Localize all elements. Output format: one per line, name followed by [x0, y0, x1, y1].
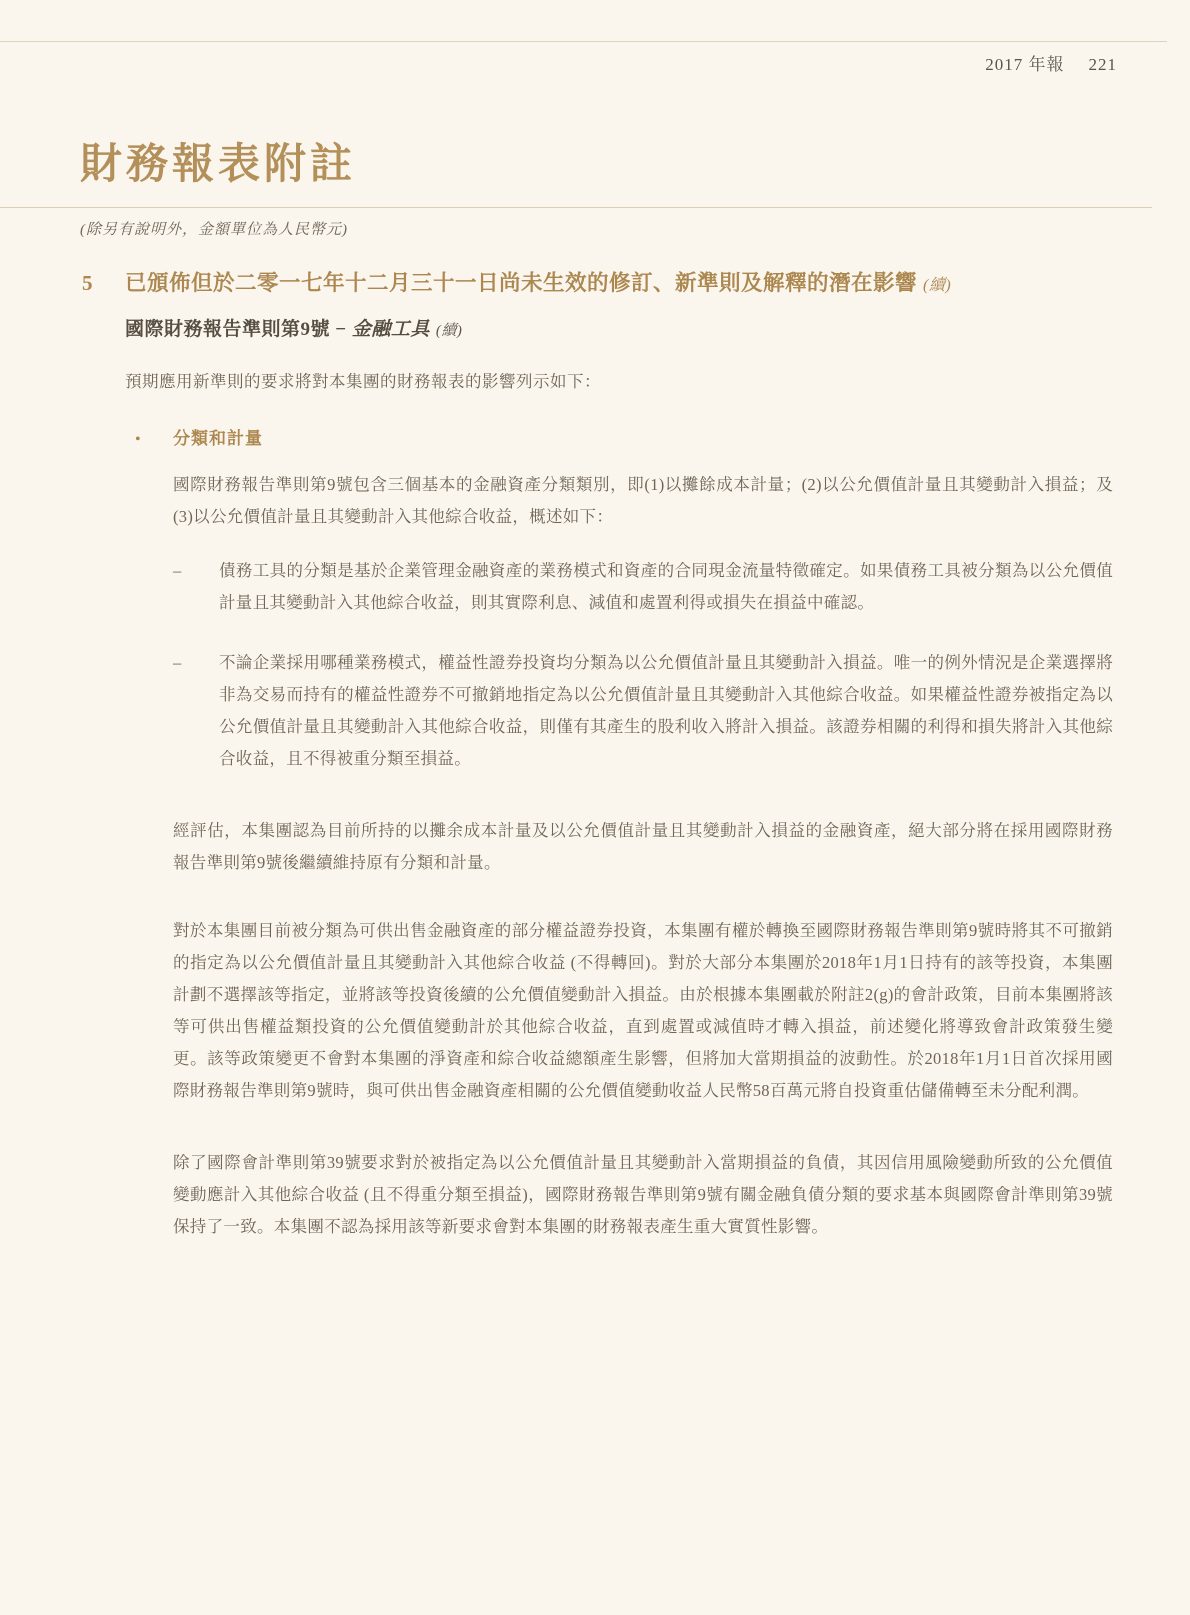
section-body: 國際財務報告準則第9號包含三個基本的金融資產分類類別，即(1)以攤餘成本計量；(… — [173, 469, 1113, 1243]
section-heading-row: 5 已頒佈但於二零一七年十二月三十一日尚未生效的修訂、新準則及解釋的潛在影響(續… — [0, 270, 1190, 298]
subsection-heading-prefix: 國際財務報告準則第9號 − — [125, 319, 352, 340]
bullet-heading-label: 分類和計量 — [173, 424, 263, 449]
bullet-icon: • — [135, 431, 173, 449]
dash-icon: – — [173, 555, 182, 587]
dash-item-equity-securities: – 不論企業採用哪種業務模式，權益性證券投資均分類為以公允價值計量且其變動計入損… — [173, 647, 1113, 775]
paragraph-classification-intro: 國際財務報告準則第9號包含三個基本的金融資產分類類別，即(1)以攤餘成本計量；(… — [173, 469, 1113, 533]
page-title: 財務報表附註 — [80, 140, 356, 190]
paragraph-afs-investments: 對於本集團目前被分類為可供出售金融資產的部分權益證券投資，本集團有權於轉換至國際… — [173, 915, 1113, 1107]
bullet-heading-row: • 分類和計量 — [135, 424, 1190, 449]
paragraph-liabilities: 除了國際會計準則第39號要求對於被指定為以公允價值計量且其變動計入當期損益的負債… — [173, 1147, 1113, 1243]
section-5: 5 已頒佈但於二零一七年十二月三十一日尚未生效的修訂、新準則及解釋的潛在影響(續… — [0, 270, 1190, 1265]
intro-paragraph: 預期應用新準則的要求將對本集團的財務報表的影響列示如下： — [125, 368, 1190, 392]
page-number: 221 — [1089, 55, 1118, 75]
document-page: 2017 年報 221 財務報表附註 (除另有說明外，金額單位為人民幣元) 5 … — [0, 0, 1190, 1615]
report-year-label: 2017 年報 — [985, 50, 1064, 75]
dash-icon: – — [173, 647, 182, 679]
section-heading-text: 已頒佈但於二零一七年十二月三十一日尚未生效的修訂、新準則及解釋的潛在影響 — [125, 271, 917, 295]
dash-item-text: 不論企業採用哪種業務模式，權益性證券投資均分類為以公允價值計量且其變動計入損益。… — [219, 647, 1113, 775]
currency-note: (除另有說明外，金額單位為人民幣元) — [80, 218, 348, 239]
page-header: 2017 年報 221 — [985, 50, 1117, 75]
dash-item-text: 債務工具的分類是基於企業管理金融資產的業務模式和資產的合同現金流量特徵確定。如果… — [219, 555, 1113, 619]
section-number: 5 — [82, 271, 125, 296]
subsection-heading: 國際財務報告準則第9號 − 金融工具(續) — [125, 314, 1190, 341]
title-rule — [0, 207, 1152, 208]
dash-item-debt-instruments: – 債務工具的分類是基於企業管理金融資產的業務模式和資產的合同現金流量特徵確定。… — [173, 555, 1113, 619]
section-heading-continued: (續) — [923, 277, 951, 294]
subsection-heading-continued: (續) — [436, 323, 463, 339]
subsection-heading-italic: 金融工具 — [352, 319, 430, 340]
section-heading: 已頒佈但於二零一七年十二月三十一日尚未生效的修訂、新準則及解釋的潛在影響(續) — [125, 270, 951, 298]
header-rule — [0, 41, 1167, 42]
paragraph-assessment: 經評估，本集團認為目前所持的以攤余成本計量及以公允價值計量且其變動計入損益的金融… — [173, 815, 1113, 879]
